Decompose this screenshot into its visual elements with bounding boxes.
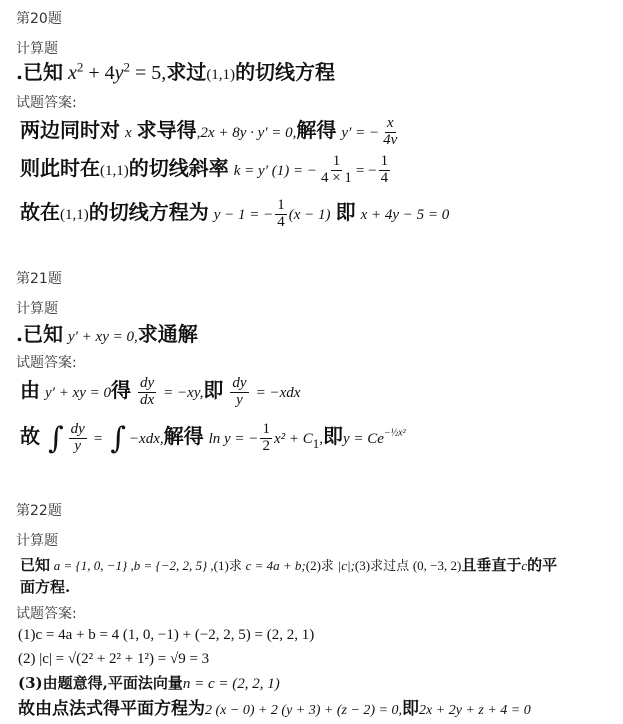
fraction: 14 (275, 198, 287, 231)
question-text: .已知 y′ + xy = 0,求通解 (16, 318, 198, 347)
answer-text: 求导得 (137, 118, 197, 142)
answer-text: 解得 (296, 118, 336, 142)
question-text-line1: 已知 a = {1, 0, −1} ,b = {−2, 2, 5} ,(1)求 … (20, 554, 557, 575)
answer-label: 试题答案: (16, 352, 77, 372)
answer-math: y′ = − (341, 125, 379, 141)
abs-c: |c|; (338, 558, 355, 573)
question-prefix: 已知 (20, 556, 50, 574)
answer-text: 即 (203, 378, 223, 402)
answer-text: 的切线斜率 (129, 156, 229, 180)
answer-math: (x − 1) (289, 207, 331, 223)
answer-text: 即 (336, 200, 356, 224)
fraction: x4ν (381, 116, 399, 149)
fraction: 14 (379, 154, 391, 187)
integral-sign: ∫ (110, 421, 126, 456)
answer-text: 故在 (20, 200, 60, 224)
answer-math: x² + C (274, 431, 313, 447)
integral-sign: ∫ (48, 421, 64, 456)
answer-math: k = y′ (1) = − (234, 163, 317, 179)
answer-label: 试题答案: (16, 92, 77, 112)
answer-line-1: 由 y′ + xy = 0得 dydx = −xy,即 dyy = −xdx (20, 374, 300, 409)
answer-text: 解得 (164, 424, 204, 448)
answer-math: = − (356, 163, 377, 179)
question-type: 计算题 (16, 38, 58, 58)
exponent: −½x² (384, 427, 406, 438)
question-text-line2: 面方程. (20, 576, 70, 597)
answer-math: ln y = − (209, 431, 259, 447)
answer-text: 即 (402, 699, 419, 719)
part-3: (3)求过点 (355, 558, 409, 573)
question-type: 计算题 (16, 530, 58, 550)
answer-line-2: 故 ∫dyy = ∫−xdx,解得 ln y = −12x² + C1,即y =… (20, 420, 406, 456)
vector-a: a = {1, 0, −1} , (54, 558, 134, 573)
question-point: (1,1) (206, 67, 235, 83)
answer-math: y = Ce (343, 431, 384, 447)
answer-point: (1,1) (100, 163, 129, 179)
answer-text: 即 (323, 424, 343, 448)
answer-line-3: (3)由题意得,平面法向量n = c = (2, 2, 1) (18, 672, 280, 693)
answer-text: 则此时在 (20, 156, 100, 180)
question-suffix: 求通解 (138, 322, 198, 346)
question-number: 第21题 (16, 268, 62, 288)
point: (0, −3, 2) (413, 558, 462, 573)
fraction: dyy (69, 422, 87, 455)
part-2: (2)求 (306, 558, 334, 573)
answer-line-2: 则此时在(1,1)的切线斜率 k = y′ (1) = −14 × 1= −14 (20, 152, 392, 187)
fraction: 12 (260, 422, 272, 455)
answer-math: x (125, 125, 132, 141)
answer-line-1: (1)c = 4a + b = 4 (1, 0, −1) + (−2, 2, 5… (18, 627, 314, 644)
answer-line-1: 两边同时对 x 求导得,2x + 8y · y′ = 0,解得 y′ = −x4… (20, 114, 401, 149)
question-number: 第22题 (16, 500, 62, 520)
question-math: x2 + 4y2 = 5, (68, 62, 166, 84)
answer-math: = (94, 431, 102, 447)
question-number: 第20题 (16, 8, 62, 28)
answer-math: x + 4y − 5 = 0 (361, 207, 450, 223)
question-type: 计算题 (16, 298, 58, 318)
answer-text: (3)由题意得,平面法向量 (18, 674, 183, 692)
question-text: .已知 x2 + 4y2 = 5,求过(1,1)的切线方程 (16, 56, 335, 85)
question-mid: 求过 (166, 60, 206, 84)
answer-math: = −xy, (163, 385, 203, 401)
answer-math: n = c = (2, 2, 1) (183, 676, 280, 692)
answer-text: 得 (111, 378, 131, 402)
question-suffix: 的切线方程 (235, 60, 335, 84)
answer-line-4: 故由点法式得平面方程为2 (x − 0) + 2 (y + 3) + (z − … (18, 694, 531, 719)
vector-c: c = 4a + b; (246, 558, 306, 573)
answer-text: 的切线方程为 (89, 200, 209, 224)
answer-line-3: 故在(1,1)的切线方程为 y − 1 = −14(x − 1) 即 x + 4… (20, 196, 449, 231)
answer-math: 2 (x − 0) + 2 (y + 3) + (z − 2) = 0, (205, 703, 402, 718)
answer-point: (1,1) (60, 207, 89, 223)
part-1: (1)求 (214, 558, 242, 573)
answer-math: y − 1 = − (214, 207, 274, 223)
answer-math: ,2x + 8y · y′ = 0, (197, 125, 297, 141)
fraction: 14 × 1 (319, 154, 354, 187)
answer-line-2: (2) |c| = √(2² + 2² + 1²) = √9 = 3 (18, 651, 209, 668)
answer-math: = −xdx (256, 385, 301, 401)
condition: 且垂直于 (461, 556, 521, 574)
fraction: dydx (138, 376, 156, 409)
answer-math: −xdx, (129, 431, 164, 447)
question-prefix: .已知 (16, 322, 63, 346)
answer-text: 两边同时对 (20, 118, 120, 142)
tail: 的平 (527, 556, 557, 574)
vector-b: b = {−2, 2, 5} , (134, 558, 214, 573)
answer-math: y′ + xy = 0 (45, 385, 111, 401)
question-math: y′ + xy = 0, (68, 329, 138, 345)
question-prefix: .已知 (16, 60, 63, 84)
answer-math: 2x + 2y + z + 4 = 0 (419, 703, 531, 718)
answer-text: 由 (20, 378, 40, 402)
answer-text: 故 (20, 424, 40, 448)
answer-label: 试题答案: (16, 603, 77, 623)
answer-text: 故由点法式得平面方程为 (18, 699, 205, 719)
fraction: dyy (230, 376, 248, 409)
